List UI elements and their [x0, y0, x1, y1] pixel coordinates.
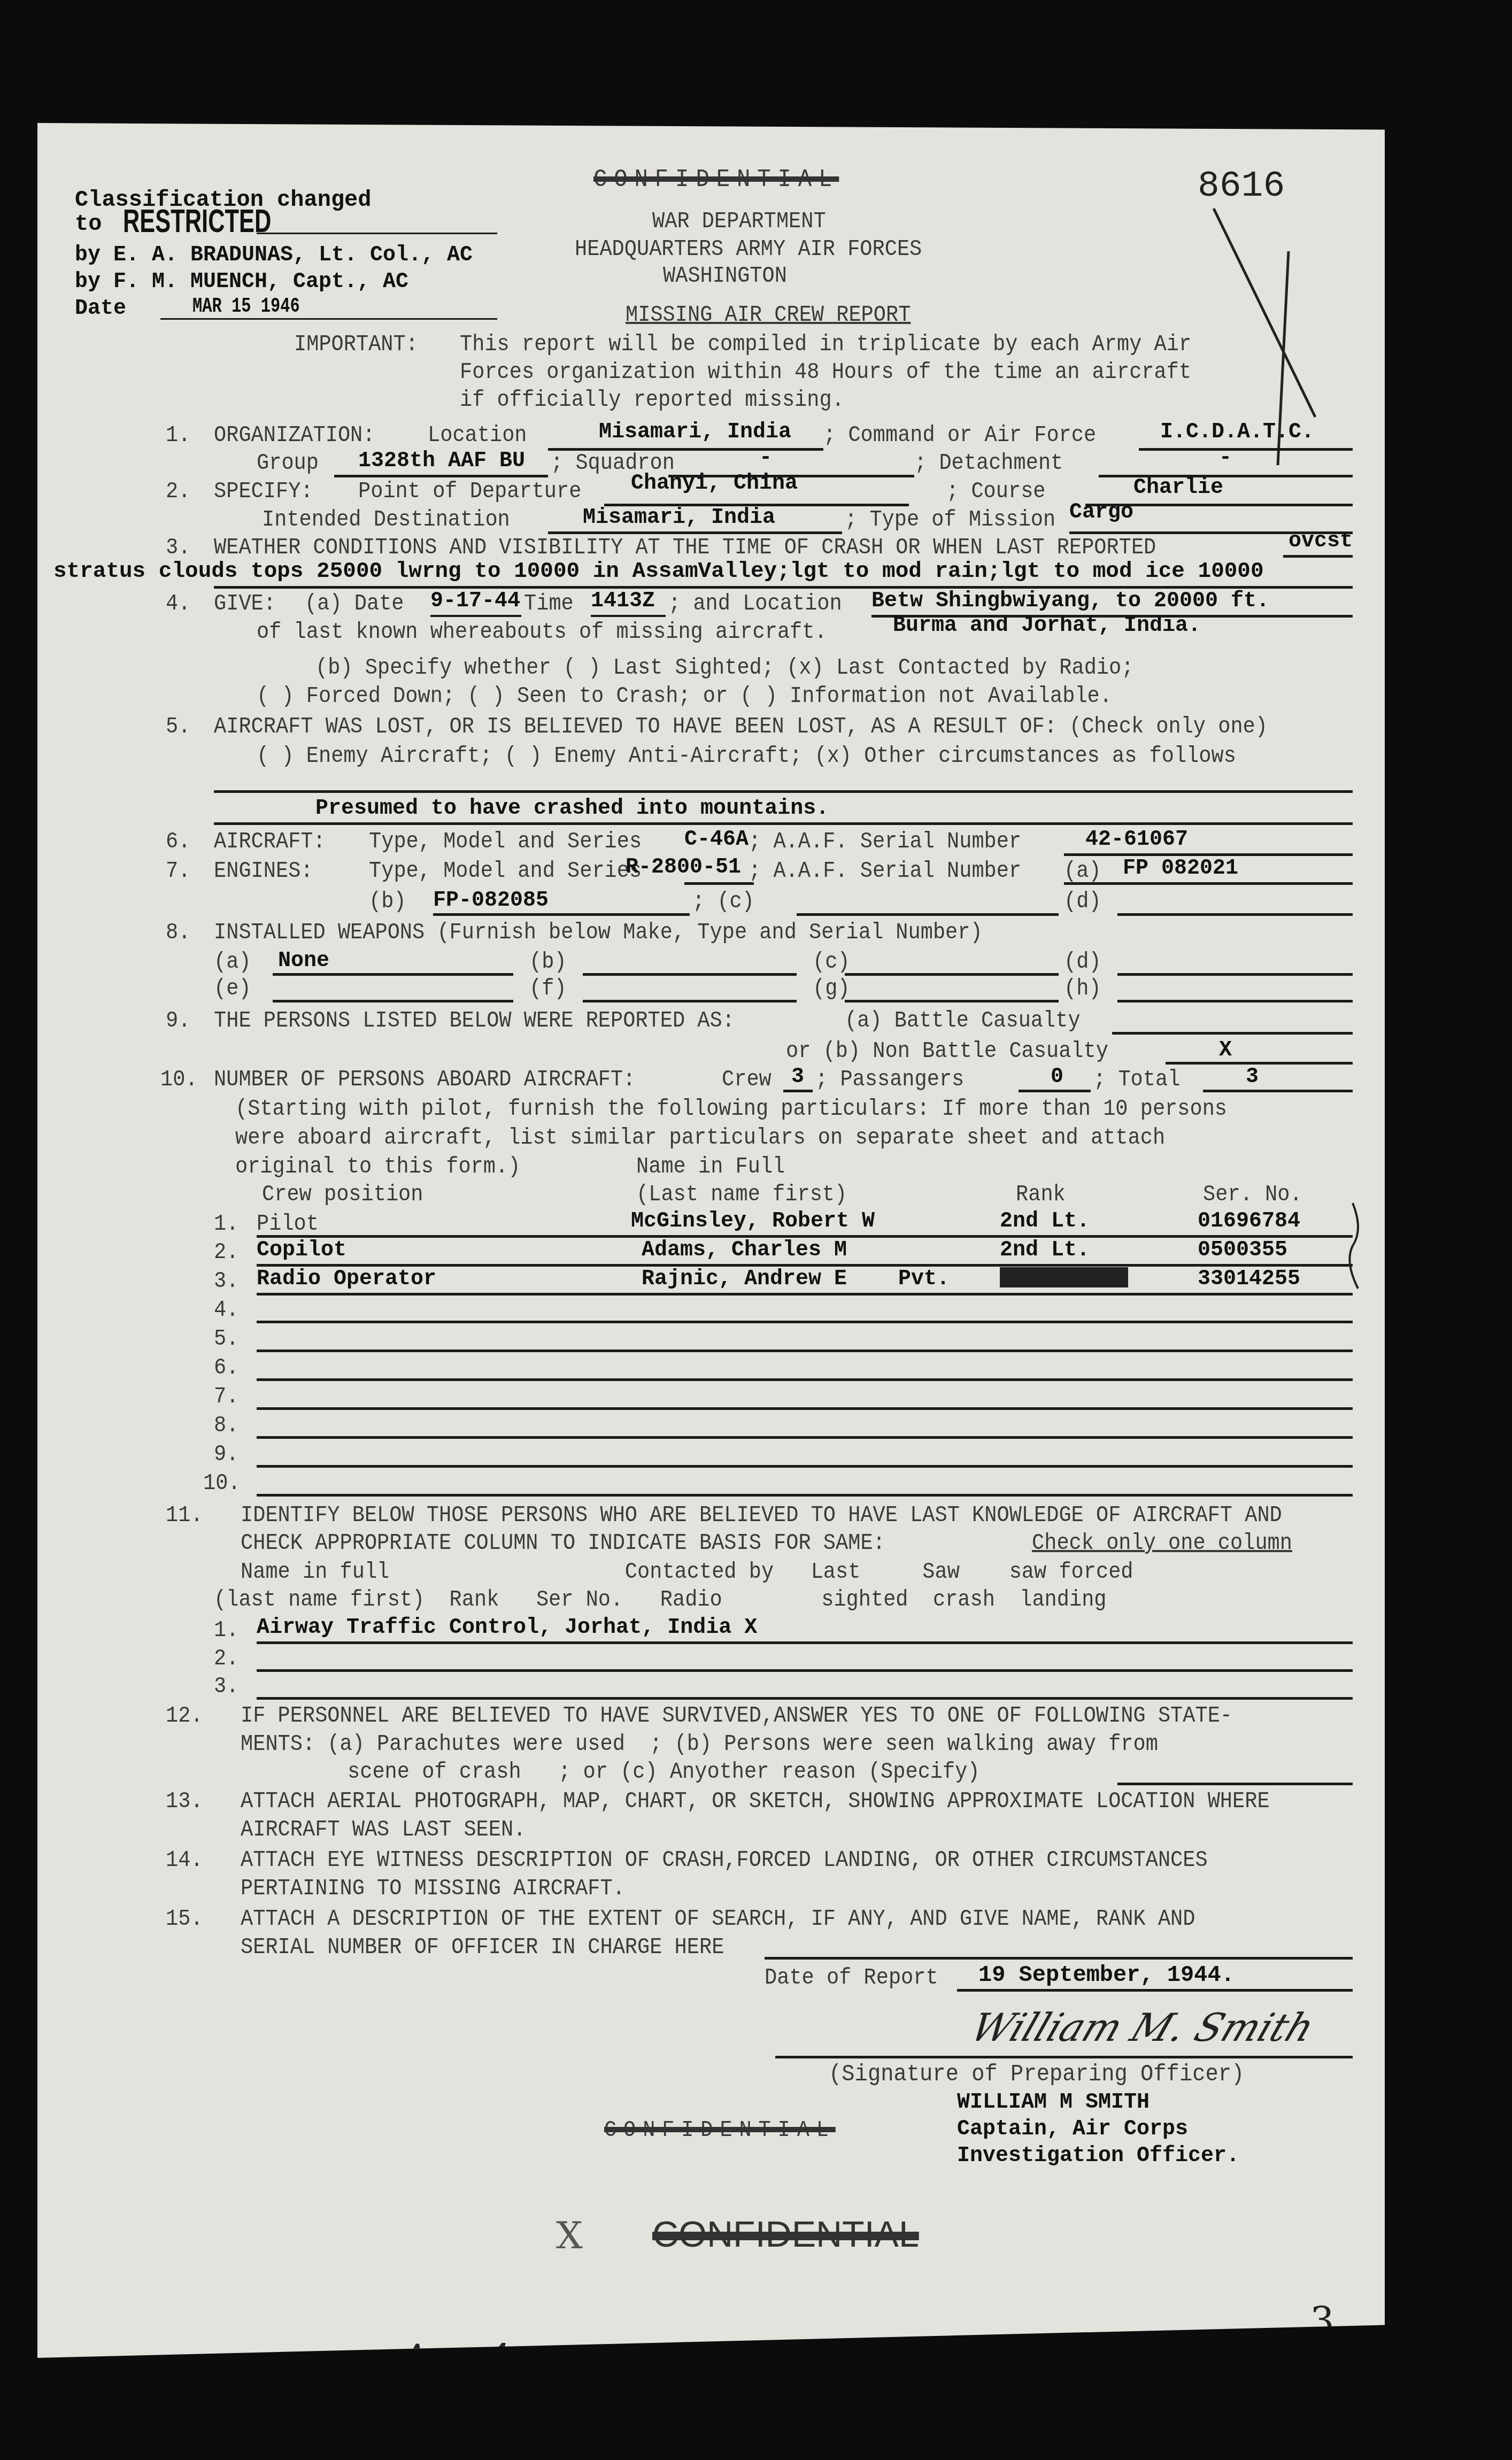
s7-b-value: FP-082085 [433, 889, 549, 913]
s2-label: SPECIFY: [214, 479, 313, 504]
s14-line-2: PERTAINING TO MISSING AIRCRAFT. [241, 1876, 625, 1901]
s9-b-value: X [1219, 1038, 1232, 1062]
s12-line-2: MENTS: (a) Parachutes were used ; (b) Pe… [241, 1731, 1158, 1757]
crew-row-number: 7. [214, 1384, 238, 1409]
header-hq-aaf: HEADQUARTERS ARMY AIR FORCES [575, 236, 922, 262]
s10-col-name-top: Name in Full [636, 1154, 785, 1179]
s8-d-label: (d) [1064, 949, 1101, 975]
s10-crew-value: 3 [791, 1065, 804, 1089]
crew-row-underline [257, 1349, 1353, 1352]
s13-number: 13. [166, 1788, 203, 1814]
s15-line-2: SERIAL NUMBER OF OFFICER IN CHARGE HERE [241, 1934, 724, 1960]
crew-name: Rajnic, Andrew E [642, 1267, 847, 1291]
s11-header-2: (last name first) Rank Ser No. Radio sig… [214, 1587, 1107, 1613]
s4-b-line-1: (b) Specify whether ( ) Last Sighted; (x… [315, 655, 1133, 681]
important-line-2: Forces organization within 48 Hours of t… [460, 359, 1191, 385]
page-title: MISSING AIR CREW REPORT [626, 302, 911, 328]
s1-detachment-value: - [1219, 446, 1232, 470]
header-classification-struck: CONFIDENTIAL [593, 166, 839, 194]
crew-row-underline [257, 1465, 1353, 1468]
crew-serial: 0500355 [1198, 1238, 1287, 1262]
s11-number: 11. [166, 1502, 203, 1528]
stamp-by-bradunas: by E. A. BRADUNAS, Lt. Col., AC [75, 243, 473, 267]
s3-number: 3. [166, 535, 190, 560]
s7-c-label: ; (c) [692, 889, 754, 914]
report-date-value: 19 September, 1944. [978, 1962, 1235, 1988]
footer-classification-struck: CONFIDENTIAL [604, 2117, 836, 2143]
s8-h-label: (h) [1064, 976, 1101, 1001]
s10-crew-label: Crew [722, 1067, 772, 1092]
archive-handwritten-reel: Reel 10 [1176, 96, 1291, 131]
report-date-underline [957, 1989, 1353, 1992]
crew-rank: 2nd Lt. [1000, 1238, 1090, 1262]
header-war-department: WAR DEPARTMENT [652, 209, 826, 234]
stamp-to-label: to [75, 211, 102, 237]
crew-row-underline [257, 1494, 1353, 1497]
s1-group-underline [334, 475, 548, 477]
important-label: IMPORTANT: [294, 331, 418, 357]
stamp-by-muench: by F. M. MUENCH, Capt., AC [75, 270, 408, 294]
s4-whereabouts-label: of last known whereabouts of missing air… [257, 619, 827, 645]
s1-number: 1. [166, 422, 190, 448]
s11-row-underline [257, 1641, 1353, 1644]
s10-number: 10. [160, 1067, 198, 1092]
s1-detachment-label: ; Detachment [914, 450, 1063, 476]
s5-circumstances: Presumed to have crashed into mountains. [315, 797, 829, 821]
s2-departure-label: Point of Departure [358, 479, 581, 504]
crew-row-number: 1. [214, 1211, 238, 1237]
s7-b-underline [433, 913, 690, 916]
s3-underline-1 [1283, 555, 1353, 558]
s7-d-underline [1117, 913, 1353, 916]
s10-passengers-value: 0 [1051, 1065, 1063, 1089]
signature-line [775, 2056, 1353, 2058]
s4-time-underline [591, 615, 666, 617]
s3-underline-2 [214, 586, 1353, 589]
s14-line-1: ATTACH EYE WITNESS DESCRIPTION OF CRASH,… [241, 1847, 1208, 1873]
officer-name: WILLIAM M SMITH [957, 2091, 1150, 2115]
s10-crew-underline [783, 1090, 813, 1092]
header-washington: WASHINGTON [663, 263, 787, 289]
s8-a-value: None [278, 949, 329, 973]
s10-total-value: 3 [1246, 1065, 1259, 1089]
archive-handwritten-code: 1 C D-SC-31 [1163, 27, 1401, 103]
s10-label: NUMBER OF PERSONS ABOARD AIRCRAFT: [214, 1067, 635, 1092]
s3-label: WEATHER CONDITIONS AND VISIBILITY AT THE… [214, 535, 1156, 560]
s1-group-value: 1328th AAF BU [358, 449, 525, 473]
s1-command-underline [1139, 448, 1353, 451]
s7-type-underline [684, 882, 754, 885]
s10-col-ser: Ser. No. [1203, 1182, 1302, 1207]
s1-command-value: I.C.D.A.T.C. [1160, 420, 1314, 444]
s5-underline-2 [214, 822, 1353, 825]
s8-a-underline [273, 973, 513, 976]
s11-row-number: 1. [214, 1617, 238, 1643]
s7-label: ENGINES: [214, 858, 313, 884]
s7-type-value: R-2800-51 [626, 855, 741, 880]
s10-instructions-2: were aboard aircraft, list similar parti… [235, 1125, 1165, 1151]
s10-total-underline [1203, 1090, 1353, 1092]
s8-g-underline [845, 1000, 1059, 1002]
report-date-label: Date of Report [765, 1965, 938, 1991]
stamp-underline [257, 233, 497, 234]
s7-d-label: (d) [1064, 889, 1101, 914]
s10-passengers-underline [1019, 1090, 1091, 1092]
s7-type-label: Type, Model and Series [369, 858, 642, 884]
s8-f-underline [583, 1000, 797, 1002]
s8-label: INSTALLED WEAPONS (Furnish below Make, T… [214, 920, 983, 945]
s8-c-label: (c) [813, 949, 850, 975]
officer-title: Investigation Officer. [957, 2144, 1239, 2168]
s13-line-2: AIRCRAFT WAS LAST SEEN. [241, 1817, 526, 1842]
s9-a-label: (a) Battle Casualty [845, 1008, 1081, 1034]
s4-date-underline [430, 615, 521, 617]
s8-h-underline [1117, 1000, 1353, 1002]
crew-row-number: 10. [203, 1470, 241, 1496]
stamp-date-value: MAR 15 1946 [192, 295, 300, 318]
crew-row-underline [257, 1321, 1353, 1323]
s8-d-underline [1117, 973, 1353, 976]
s2-course-label: ; Course [946, 479, 1046, 504]
s4-label: GIVE: [214, 591, 276, 616]
s7-a-value: FP 082021 [1123, 857, 1238, 881]
crew-row-underline [257, 1293, 1353, 1295]
s6-serial-label: ; A.A.F. Serial Number [749, 829, 1021, 854]
s7-a-label: (a) [1064, 858, 1101, 884]
s11-row-value: Airway Traffic Control, Jorhat, India X [257, 1616, 757, 1640]
s10-instructions-1: (Starting with pilot, furnish the follow… [235, 1096, 1227, 1122]
s15-number: 15. [166, 1906, 203, 1932]
crew-row-number: 6. [214, 1355, 238, 1381]
s11-check-note: Check only one column [1032, 1530, 1292, 1556]
s6-serial-value: 42-61067 [1085, 828, 1188, 852]
crew-row-underline [257, 1264, 1353, 1267]
s2-number: 2. [166, 479, 190, 504]
s11-header-1: Name in full Contacted by Last Saw saw f… [241, 1559, 1133, 1585]
crew-serial: 01696784 [1198, 1209, 1300, 1233]
s8-number: 8. [166, 920, 190, 945]
s8-b-underline [583, 973, 797, 976]
officer-rank: Captain, Air Corps [957, 2117, 1188, 2141]
s5-label: AIRCRAFT WAS LOST, OR IS BELIEVED TO HAV… [214, 714, 1268, 739]
s1-label: ORGANIZATION: [214, 422, 375, 448]
handwritten-check-icon [1342, 1198, 1374, 1294]
s8-g-label: (g) [813, 976, 850, 1001]
crew-serial: 33014255 [1198, 1267, 1300, 1291]
s15-line-1: ATTACH A DESCRIPTION OF THE EXTENT OF SE… [241, 1906, 1195, 1932]
crew-row-number: 3. [214, 1268, 238, 1294]
document-page: 1 C D-SC-31 Reel 10 8616 Classification … [37, 123, 1385, 2358]
s10-instructions-3: original to this form.) [235, 1154, 520, 1179]
s11-line-1: IDENTIFY BELOW THOSE PERSONS WHO ARE BEL… [241, 1502, 1282, 1528]
s10-col-position: Crew position [262, 1182, 423, 1207]
crew-row-number: 2. [214, 1239, 238, 1265]
s3-value-ovcst: ovcst [1289, 529, 1353, 553]
s12-line-1: IF PERSONNEL ARE BELIEVED TO HAVE SURVIV… [241, 1703, 1232, 1729]
redacted-block [1000, 1267, 1128, 1287]
s6-type-label: Type, Model and Series [369, 829, 642, 854]
s5-underline-1 [214, 790, 1353, 793]
s6-number: 6. [166, 829, 190, 854]
crew-row-number: 5. [214, 1326, 238, 1352]
s12-specify-underline [1117, 1783, 1353, 1785]
crew-position: Copilot [257, 1238, 346, 1262]
s15-underline [765, 1957, 1353, 1960]
s1-location-label: Location [428, 422, 527, 448]
important-line-1: This report will be compiled in triplica… [460, 331, 1191, 357]
s11-line-2: CHECK APPROPRIATE COLUMN TO INDICATE BAS… [241, 1530, 885, 1556]
file-number: 8616 [1198, 166, 1285, 207]
s10-col-rank: Rank [1016, 1182, 1066, 1207]
s4-time-label: Time [524, 591, 574, 616]
crew-rank: Pvt. [898, 1267, 950, 1291]
s8-a-label: (a) [214, 949, 251, 975]
s2-destination-value: Misamari, India [583, 506, 775, 530]
s4-location-value-1: Betw Shingbwiyang, to 20000 ft. [871, 589, 1269, 613]
s2-mission-value: Cargo [1069, 500, 1133, 525]
s9-b-label: or (b) Non Battle Casualty [786, 1038, 1108, 1064]
important-line-3: if officially reported missing. [460, 387, 844, 413]
s10-passengers-label: ; Passangers [815, 1067, 964, 1092]
s9-label: THE PERSONS LISTED BELOW WERE REPORTED A… [214, 1008, 735, 1034]
s5-number: 5. [166, 714, 190, 739]
s2-destination-underline [548, 531, 842, 534]
s10-col-name: (Last name first) [636, 1182, 847, 1207]
s4-time-value: 1413Z [591, 589, 655, 613]
crew-position: Radio Operator [257, 1267, 436, 1291]
crew-row-underline [257, 1378, 1353, 1381]
s7-b-label: (b) [369, 889, 406, 914]
crew-name: Adams, Charles M [642, 1238, 847, 1262]
crew-name: McGinsley, Robert W [631, 1209, 875, 1233]
s8-f-label: (f) [529, 976, 567, 1001]
s9-number: 9. [166, 1008, 190, 1034]
s6-serial-underline [1064, 853, 1353, 856]
s1-command-label: ; Command or Air Force [823, 422, 1096, 448]
s4-location-value-2: Burma and Jorhat, India. [893, 614, 1201, 638]
s6-label: AIRCRAFT: [214, 829, 326, 854]
s7-serial-label: ; A.A.F. Serial Number [749, 858, 1021, 884]
s5-options: ( ) Enemy Aircraft; ( ) Enemy Anti-Aircr… [257, 743, 1236, 769]
s7-a-underline [1064, 882, 1353, 885]
stamp-restricted: RESTRICTED [123, 202, 271, 240]
s11-row-underline [257, 1669, 1353, 1672]
page-number: 3 [1310, 2299, 1334, 2344]
s1-location-value: Misamari, India [599, 420, 791, 444]
crew-row-number: 4. [214, 1297, 238, 1323]
crew-rank: 2nd Lt. [1000, 1209, 1090, 1233]
officer-signature: William M. Smith [965, 2005, 1321, 2050]
s2-departure-value: Chanyi, China [631, 472, 798, 496]
s10-total-label: ; Total [1093, 1067, 1180, 1092]
s4-b-line-2: ( ) Forced Down; ( ) Seen to Crash; or (… [257, 683, 1112, 709]
s3-value-weather: stratus clouds tops 25000 lwrng to 10000… [53, 559, 1264, 584]
s4-date-value: 9-17-44 [430, 589, 520, 613]
crew-position: Pilot [257, 1211, 319, 1237]
s4-number: 4. [166, 591, 190, 616]
s8-c-underline [845, 973, 1059, 976]
s11-row-number: 2. [214, 1646, 238, 1671]
s14-number: 14. [166, 1847, 203, 1873]
s8-b-label: (b) [529, 949, 567, 975]
s9-a-underline [1112, 1032, 1353, 1035]
crew-row-number: 9. [214, 1441, 238, 1467]
crew-row-underline [257, 1407, 1353, 1410]
s12-line-3: scene of crash ; or (c) Anyother reason … [348, 1759, 980, 1785]
s1-squadron-value: - [759, 446, 772, 470]
s4-location-label: ; and Location [668, 591, 842, 616]
footer-classification-stamp-struck: CONFIDENTIAL [652, 2214, 919, 2255]
s2-mission-label: ; Type of Mission [845, 507, 1055, 533]
s11-row-number: 3. [214, 1674, 238, 1699]
handwritten-annotation: Ans 4 [401, 2336, 510, 2381]
s2-destination-label: Intended Destination [262, 507, 510, 533]
s13-line-1: ATTACH AERIAL PHOTOGRAPH, MAP, CHART, OR… [241, 1788, 1270, 1814]
s7-number: 7. [166, 858, 190, 884]
s11-row-underline [257, 1697, 1353, 1700]
s8-e-underline [273, 1000, 513, 1002]
signature-label: (Signature of Preparing Officer) [829, 2061, 1244, 2088]
s12-number: 12. [166, 1703, 203, 1729]
crew-row-number: 8. [214, 1413, 238, 1438]
crew-row-underline [257, 1436, 1353, 1439]
stamp-date-underline [160, 318, 497, 320]
s7-c-underline [797, 913, 1059, 916]
s8-e-label: (e) [214, 976, 251, 1001]
stamp-date-label: Date [75, 297, 126, 321]
crew-row-underline [257, 1235, 1353, 1238]
x-mark: X [556, 2214, 583, 2257]
s2-course-value: Charlie [1133, 476, 1223, 500]
s4-date-label: (a) Date [305, 591, 404, 616]
s6-type-value: C-46A [684, 828, 749, 852]
s9-b-underline [1166, 1062, 1353, 1065]
s1-group-label: Group [257, 450, 319, 476]
